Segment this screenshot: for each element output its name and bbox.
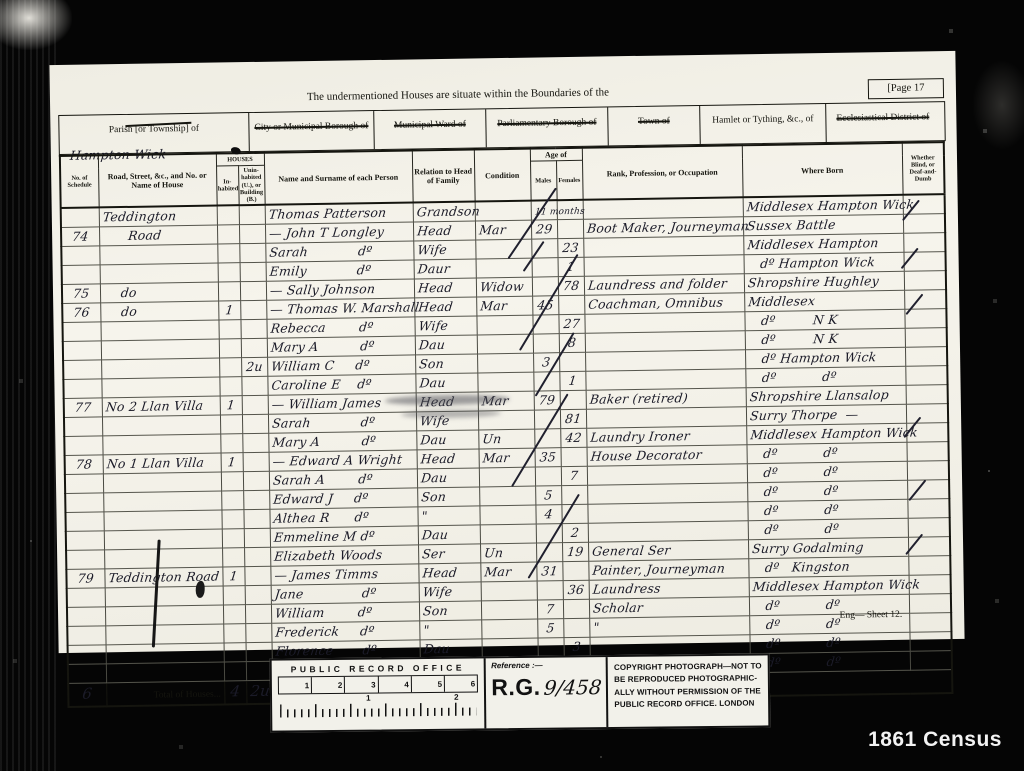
handwritten-entry: 76 bbox=[73, 307, 91, 320]
census-table: No. of Schedule Road, Street, &c., and N… bbox=[59, 141, 954, 708]
cell-condition bbox=[480, 524, 536, 544]
cell-age_m bbox=[533, 334, 559, 353]
handwritten-entry: dº N K bbox=[748, 333, 839, 347]
handwritten-entry: 2u bbox=[245, 361, 263, 374]
handwritten-entry: dº Kingston bbox=[751, 561, 850, 575]
cell-name: — Thomas W. Marshall bbox=[266, 298, 414, 319]
handwritten-entry: Mary A dº bbox=[270, 340, 375, 354]
cell-age_f: 27 bbox=[558, 315, 584, 334]
cell-condition bbox=[479, 467, 535, 487]
cell-occupation: " bbox=[589, 616, 749, 638]
handwritten-entry: Head bbox=[417, 301, 453, 314]
handwritten-entry: Ser bbox=[421, 548, 445, 561]
cell-age_m: 5 bbox=[535, 486, 561, 505]
cell-age_m bbox=[532, 258, 558, 277]
cell-condition bbox=[481, 600, 537, 620]
cell-relation: Son bbox=[417, 487, 479, 507]
cell-inhabited: 1 bbox=[221, 453, 243, 472]
cell-schedule bbox=[66, 531, 104, 551]
handwritten-entry: Dau bbox=[420, 472, 447, 485]
cell-uninhabited bbox=[245, 605, 271, 624]
handwritten-entry: — Sally Johnson bbox=[269, 283, 375, 297]
cell-name: Edward J dº bbox=[269, 488, 417, 509]
scale-box: 2 bbox=[312, 677, 345, 693]
handwritten-entry: — James Timms bbox=[273, 568, 378, 582]
cell-age_m bbox=[535, 467, 561, 486]
pro-ruler-section: PUBLIC RECORD OFFICE 123456 1 2 bbox=[272, 658, 485, 730]
cell-uninhabited bbox=[242, 434, 268, 453]
handwritten-entry: Dau bbox=[418, 377, 445, 390]
handwritten-entry: " bbox=[422, 625, 429, 638]
cell-relation: Head bbox=[417, 449, 479, 469]
handwritten-entry: Middlesex Hampton Wick bbox=[749, 427, 918, 442]
totals-houses-label: Total of Houses... bbox=[106, 681, 224, 706]
cell-blind bbox=[905, 328, 947, 348]
handwritten-entry: Jane dº bbox=[274, 587, 377, 601]
cell-inhabited bbox=[219, 339, 241, 358]
inch-mark-2: 2 bbox=[454, 693, 459, 702]
cell-blind bbox=[905, 366, 947, 386]
cell-inhabited bbox=[222, 529, 244, 548]
handwritten-entry: Florence dº bbox=[275, 644, 377, 658]
cell-house: No 1 Llan Villa bbox=[103, 453, 221, 474]
handwritten-entry: Mary A dº bbox=[271, 435, 376, 449]
cell-uninhabited bbox=[241, 339, 267, 358]
ruler-ticks: 1 2 bbox=[278, 693, 479, 719]
cell-house bbox=[105, 586, 223, 607]
handwritten-entry: House Decorator bbox=[589, 449, 701, 463]
cell-uninhabited bbox=[242, 415, 268, 434]
cell-condition bbox=[477, 372, 533, 392]
handwritten-entry: Sarah A dº bbox=[272, 473, 373, 487]
cell-occupation bbox=[584, 312, 744, 334]
cell-blind bbox=[903, 233, 945, 253]
cell-house bbox=[106, 643, 224, 664]
cell-house: Teddington Road bbox=[104, 567, 222, 588]
cell-relation: Dau bbox=[418, 525, 480, 545]
cell-house: Road bbox=[99, 225, 217, 246]
handwritten-entry: Boot Maker, Journeyman bbox=[586, 221, 749, 236]
cell-relation: Son bbox=[415, 354, 477, 374]
col-header-age: Age of bbox=[530, 148, 582, 162]
cell-relation: Wife bbox=[413, 240, 475, 260]
cell-schedule bbox=[67, 588, 105, 608]
cell-inhabited bbox=[217, 244, 239, 263]
cell-age_f: 7 bbox=[561, 467, 587, 486]
cell-schedule bbox=[63, 360, 101, 380]
cell-age_m: 4 bbox=[535, 505, 561, 524]
cell-age_m bbox=[537, 581, 563, 600]
cell-house bbox=[101, 377, 219, 398]
handwritten-entry: 79 bbox=[538, 395, 556, 408]
cell-blind bbox=[906, 385, 948, 405]
cell-age_m: 31 bbox=[536, 562, 562, 581]
cell-schedule bbox=[66, 550, 104, 570]
col-header-uninhabited: Unin-habited (U.), or Building (B.) bbox=[238, 165, 265, 205]
cell-occupation bbox=[588, 521, 748, 543]
film-edge-streaks bbox=[0, 0, 56, 771]
cell-schedule bbox=[62, 322, 100, 342]
cell-blind bbox=[909, 632, 951, 652]
cell-age_m: 7 bbox=[537, 600, 563, 619]
cell-relation: Grandson bbox=[413, 202, 475, 222]
handwritten-entry: Son bbox=[422, 605, 448, 618]
cell-schedule bbox=[68, 664, 106, 684]
cell-house bbox=[99, 244, 217, 265]
cell-name: — Sally Johnson bbox=[266, 279, 414, 300]
handwritten-entry: 79 bbox=[77, 573, 95, 586]
cell-name: — James Timms bbox=[270, 564, 418, 585]
cell-inhabited: 1 bbox=[220, 396, 242, 415]
cell-uninhabited bbox=[243, 510, 269, 529]
cell-occupation bbox=[587, 483, 747, 505]
handwritten-entry: 42 bbox=[565, 432, 583, 445]
handwritten-entry: No 2 Llan Villa bbox=[105, 400, 204, 414]
cell-blind bbox=[907, 499, 949, 519]
cell-inhabited bbox=[223, 605, 245, 624]
location-header-7: Ecclesiastical District of bbox=[826, 102, 940, 142]
cell-born: Shropshire Hughley bbox=[744, 272, 904, 294]
sheet-note: Eng— Sheet 12. bbox=[840, 610, 903, 621]
handwritten-entry: " bbox=[420, 511, 427, 524]
handwritten-entry: Head bbox=[421, 567, 457, 580]
cell-inhabited bbox=[224, 643, 246, 662]
cell-inhabited bbox=[224, 662, 246, 681]
cell-schedule bbox=[65, 493, 103, 513]
cell-name: Thomas Patterson bbox=[265, 203, 413, 225]
cell-house bbox=[105, 605, 223, 626]
handwritten-entry: dº dº bbox=[750, 466, 838, 480]
handwritten-entry: Head bbox=[417, 282, 453, 295]
totals-uninhabited: 2u bbox=[246, 681, 272, 705]
cell-occupation bbox=[586, 407, 746, 429]
handwritten-entry: Head bbox=[420, 453, 456, 466]
cell-relation: Dau bbox=[417, 468, 479, 488]
cell-occupation bbox=[585, 350, 745, 372]
reference-value: R.G. 9/458 bbox=[491, 673, 601, 701]
cell-born: Middlesex Hampton Wick bbox=[749, 576, 909, 598]
cell-age_f: 23 bbox=[557, 239, 583, 258]
cell-inhabited: 1 bbox=[222, 567, 244, 586]
location-header-label: Parish [or Township] of bbox=[106, 124, 202, 137]
cell-inhabited: 1 bbox=[218, 301, 240, 320]
handwritten-entry: Coachman, Omnibus bbox=[587, 297, 723, 312]
col-header-name: Name and Surname of each Person bbox=[264, 150, 413, 205]
cell-uninhabited: 2u bbox=[241, 358, 267, 377]
handwritten-entry: do bbox=[103, 287, 137, 300]
cell-uninhabited bbox=[245, 586, 271, 605]
col-header-houses: HOUSES bbox=[216, 153, 264, 166]
location-header-label: Town of bbox=[635, 116, 673, 128]
cell-age_f bbox=[558, 296, 584, 315]
handwritten-entry: Mar bbox=[479, 300, 507, 313]
cell-uninhabited bbox=[244, 548, 270, 567]
cell-age_f bbox=[563, 619, 589, 638]
handwritten-entry: 81 bbox=[564, 413, 582, 426]
census-form-sheet: The undermentioned Houses are situate wi… bbox=[49, 51, 964, 653]
handwritten-entry: Althea R dº bbox=[272, 512, 369, 526]
cell-inhabited bbox=[223, 586, 245, 605]
cell-born: dº dº bbox=[750, 652, 910, 674]
cell-born: dº dº bbox=[745, 367, 905, 389]
handwritten-entry: 27 bbox=[563, 318, 581, 331]
cell-occupation: Laundress and folder bbox=[584, 274, 744, 296]
handwritten-entry: Shropshire Llansalop bbox=[749, 389, 889, 404]
handwritten-entry: dº dº bbox=[752, 599, 840, 613]
film-specks bbox=[0, 0, 2, 2]
scale-box: 6 bbox=[445, 675, 477, 691]
cell-relation: Wife bbox=[414, 316, 476, 336]
cell-relation: Dau bbox=[415, 373, 477, 393]
cell-house bbox=[102, 415, 220, 436]
cell-name: Sarah A dº bbox=[269, 469, 417, 490]
cell-born: Middlesex Hampton bbox=[743, 234, 903, 256]
cell-occupation: House Decorator bbox=[587, 445, 747, 467]
cell-name: — Edward A Wright bbox=[269, 450, 417, 471]
cell-age_f bbox=[559, 353, 585, 372]
copyright-section: COPYRIGHT PHOTOGRAPH—NOT TO BE REPRODUCE… bbox=[608, 655, 768, 727]
cell-occupation: Laundry Ironer bbox=[586, 426, 746, 448]
cell-blind bbox=[908, 518, 950, 538]
cell-uninhabited bbox=[243, 453, 269, 472]
cell-house: do bbox=[100, 282, 218, 303]
cell-condition bbox=[481, 619, 537, 639]
cell-name: Caroline E dº bbox=[267, 374, 415, 395]
cell-house bbox=[104, 548, 222, 569]
film-edge-glow bbox=[972, 60, 1024, 150]
handwritten-entry: 7 bbox=[569, 470, 578, 483]
cell-uninhabited bbox=[244, 529, 270, 548]
handwritten-entry: William dº bbox=[274, 607, 372, 621]
handwritten-entry: Widow bbox=[479, 281, 524, 294]
location-header-label: Municipal Ward of bbox=[391, 120, 469, 133]
cell-relation: Wife bbox=[419, 582, 481, 602]
cell-name: William C dº bbox=[267, 355, 415, 376]
handwritten-entry: Mar bbox=[478, 224, 506, 237]
cell-born: dº Hampton Wick bbox=[744, 253, 904, 275]
cell-blind bbox=[904, 271, 946, 291]
handwritten-entry: dº dº bbox=[751, 523, 839, 537]
cell-schedule: 79 bbox=[66, 569, 104, 589]
cell-blind bbox=[907, 461, 949, 481]
location-header-1: Parish [or Township] ofHampton Wick bbox=[59, 113, 250, 154]
handwritten-entry: 5 bbox=[546, 623, 555, 636]
cell-born: dº dº bbox=[747, 462, 907, 484]
cell-blind bbox=[910, 651, 952, 671]
handwritten-entry: William C dº bbox=[270, 360, 370, 374]
cell-uninhabited bbox=[244, 567, 270, 586]
reference-label: Reference :— bbox=[491, 660, 601, 670]
handwritten-entry: Elizabeth Woods bbox=[273, 549, 382, 563]
cell-blind bbox=[903, 214, 945, 234]
col-header-males: Males bbox=[530, 161, 557, 201]
handwritten-entry: Thomas Patterson bbox=[268, 207, 387, 221]
cell-schedule bbox=[64, 417, 102, 437]
cell-blind bbox=[909, 613, 951, 633]
handwritten-entry: Middlesex Hampton Wick bbox=[752, 579, 921, 594]
handwritten-entry: 19 bbox=[566, 546, 584, 559]
cell-inhabited bbox=[221, 472, 243, 491]
cell-occupation bbox=[583, 236, 743, 258]
handwritten-entry: Wife bbox=[422, 586, 453, 599]
cell-house bbox=[104, 529, 222, 550]
handwritten-entry: Middlesex bbox=[747, 296, 815, 310]
handwritten-entry: 75 bbox=[72, 288, 90, 301]
cell-schedule bbox=[68, 645, 106, 665]
cell-occupation bbox=[587, 502, 747, 524]
handwritten-entry: 5 bbox=[544, 490, 553, 503]
handwritten-entry: Sarah dº bbox=[268, 245, 372, 259]
handwritten-entry: Teddington bbox=[102, 211, 177, 225]
cell-condition: Mar bbox=[480, 562, 536, 582]
cell-relation: Dau bbox=[415, 335, 477, 355]
handwritten-entry: Scholar bbox=[592, 602, 643, 615]
cell-relation: " bbox=[417, 506, 479, 526]
form-title: The undermentioned Houses are situate wi… bbox=[90, 83, 826, 107]
handwritten-entry: Un bbox=[481, 433, 501, 446]
handwritten-entry: Emily dº bbox=[269, 264, 372, 278]
cell-uninhabited bbox=[246, 662, 272, 681]
cell-occupation: General Ser bbox=[588, 540, 748, 562]
cell-uninhabited bbox=[242, 396, 268, 415]
cell-age_f bbox=[562, 562, 588, 581]
cell-house bbox=[101, 358, 219, 379]
cell-name: Sarah dº bbox=[265, 241, 413, 262]
cell-occupation bbox=[584, 255, 744, 277]
cell-condition: Mar bbox=[476, 296, 532, 316]
cell-name: Sarah dº bbox=[268, 412, 416, 433]
scale-box: 5 bbox=[412, 676, 445, 692]
handwritten-entry: dº N K bbox=[747, 314, 838, 328]
handwritten-entry: Sarah dº bbox=[271, 416, 375, 430]
location-header-5: Town of bbox=[608, 106, 701, 145]
location-header-3: Municipal Ward of bbox=[374, 109, 487, 149]
cell-inhabited bbox=[219, 358, 241, 377]
cell-house: Teddington bbox=[99, 206, 217, 227]
cell-condition bbox=[477, 353, 533, 373]
cell-uninhabited bbox=[243, 472, 269, 491]
col-header-born: Where Born bbox=[742, 143, 903, 198]
cell-house: No 2 Llan Villa bbox=[102, 396, 220, 417]
col-header-road: Road, Street, &c., and No. or Name of Ho… bbox=[98, 154, 217, 208]
cell-condition bbox=[477, 334, 533, 354]
cell-uninhabited bbox=[243, 491, 269, 510]
handwritten-entry: No 1 Llan Villa bbox=[106, 457, 205, 471]
handwritten-entry: 31 bbox=[541, 566, 559, 579]
cell-schedule bbox=[64, 436, 102, 456]
inch-mark-1: 1 bbox=[366, 694, 371, 703]
cell-condition bbox=[476, 315, 532, 335]
cell-born: dº dº bbox=[746, 443, 906, 465]
cell-house bbox=[106, 662, 224, 683]
cell-born: Sussex Battle bbox=[743, 215, 903, 237]
handwritten-entry: dº Hampton Wick bbox=[746, 257, 875, 272]
handwritten-entry: Son bbox=[420, 491, 446, 504]
cell-inhabited bbox=[217, 206, 239, 226]
cell-name: Frederick dº bbox=[271, 621, 419, 642]
handwritten-entry: Daur bbox=[417, 263, 451, 276]
handwritten-entry: Dau bbox=[418, 339, 445, 352]
handwritten-entry: 1 bbox=[568, 375, 577, 388]
handwritten-entry: 74 bbox=[72, 231, 90, 244]
cell-condition: Un bbox=[478, 429, 534, 449]
copyright-line: PUBLIC RECORD OFFICE. LONDON bbox=[614, 698, 762, 712]
cell-uninhabited bbox=[241, 377, 267, 396]
cell-occupation bbox=[583, 198, 743, 220]
handwritten-entry: 1 bbox=[227, 457, 236, 470]
cell-schedule bbox=[61, 208, 99, 228]
handwritten-entry: 1 bbox=[226, 400, 235, 413]
scale-box: 4 bbox=[378, 676, 411, 692]
cell-age_m: 29 bbox=[531, 220, 557, 239]
handwritten-entry: do bbox=[103, 306, 137, 319]
cell-blind bbox=[908, 537, 950, 557]
cell-uninhabited bbox=[245, 624, 271, 643]
cell-inhabited bbox=[220, 415, 242, 434]
ruler-scale: 123456 bbox=[278, 674, 479, 694]
location-header-2: City or Municipal Borough of bbox=[249, 111, 375, 151]
cell-born: dº dº bbox=[748, 519, 908, 541]
handwritten-entry: — Thomas W. Marshall bbox=[269, 302, 419, 317]
handwritten-entry: Son bbox=[418, 358, 444, 371]
handwritten-entry: — Edward A Wright bbox=[272, 454, 403, 469]
cell-blind bbox=[906, 442, 948, 462]
cell-blind bbox=[908, 556, 950, 576]
cell-age_f: 19 bbox=[562, 543, 588, 562]
handwritten-entry: Wife bbox=[416, 244, 447, 257]
handwritten-entry: Mar bbox=[482, 452, 510, 465]
cell-age_f: 42 bbox=[560, 429, 586, 448]
cell-name: — William James bbox=[268, 393, 416, 414]
photo-caption: 1861 Census bbox=[868, 728, 1002, 752]
cell-house bbox=[100, 263, 218, 284]
cell-schedule bbox=[65, 512, 103, 532]
handwritten-entry: dº dº bbox=[752, 637, 840, 651]
cell-occupation bbox=[587, 464, 747, 486]
cell-born: dº N K bbox=[745, 329, 905, 351]
handwritten-entry: Painter, Journeyman bbox=[591, 563, 725, 578]
cell-condition bbox=[475, 201, 531, 221]
cell-born: Shropshire Llansalop bbox=[746, 386, 906, 408]
handwritten-entry: Baker (retired) bbox=[589, 393, 688, 407]
handwritten-entry: 7 bbox=[545, 604, 554, 617]
cell-born: Surry Godalming bbox=[748, 538, 908, 560]
cell-schedule bbox=[65, 474, 103, 494]
film-corner-blotch bbox=[0, 0, 72, 50]
location-header-label: Hamlet or Tything, &c., of bbox=[709, 114, 816, 127]
scale-box: 1 bbox=[279, 677, 312, 693]
cell-schedule bbox=[67, 607, 105, 627]
cell-uninhabited bbox=[246, 643, 272, 662]
cell-born: dº dº bbox=[747, 500, 907, 522]
handwritten-entry: — William James bbox=[271, 397, 382, 411]
cell-age_f: 2 bbox=[562, 524, 588, 543]
location-header-label: Ecclesiastical District of bbox=[833, 112, 932, 125]
cell-age_m: 35 bbox=[535, 448, 561, 467]
col-header-condition: Condition bbox=[474, 149, 531, 202]
cell-born: dº dº bbox=[747, 481, 907, 503]
cell-inhabited bbox=[217, 225, 239, 244]
cell-born: dº N K bbox=[744, 310, 904, 332]
cell-schedule bbox=[61, 246, 99, 266]
cell-name: Althea R dº bbox=[269, 507, 417, 528]
totals-schedule: 6 bbox=[68, 683, 106, 707]
cell-name: Jane dº bbox=[271, 583, 419, 604]
handwritten-entry: dº dº bbox=[748, 371, 836, 385]
cell-house bbox=[102, 434, 220, 455]
ruler-minor-ticks bbox=[280, 707, 476, 717]
handwritten-entry: dº dº bbox=[749, 447, 837, 461]
